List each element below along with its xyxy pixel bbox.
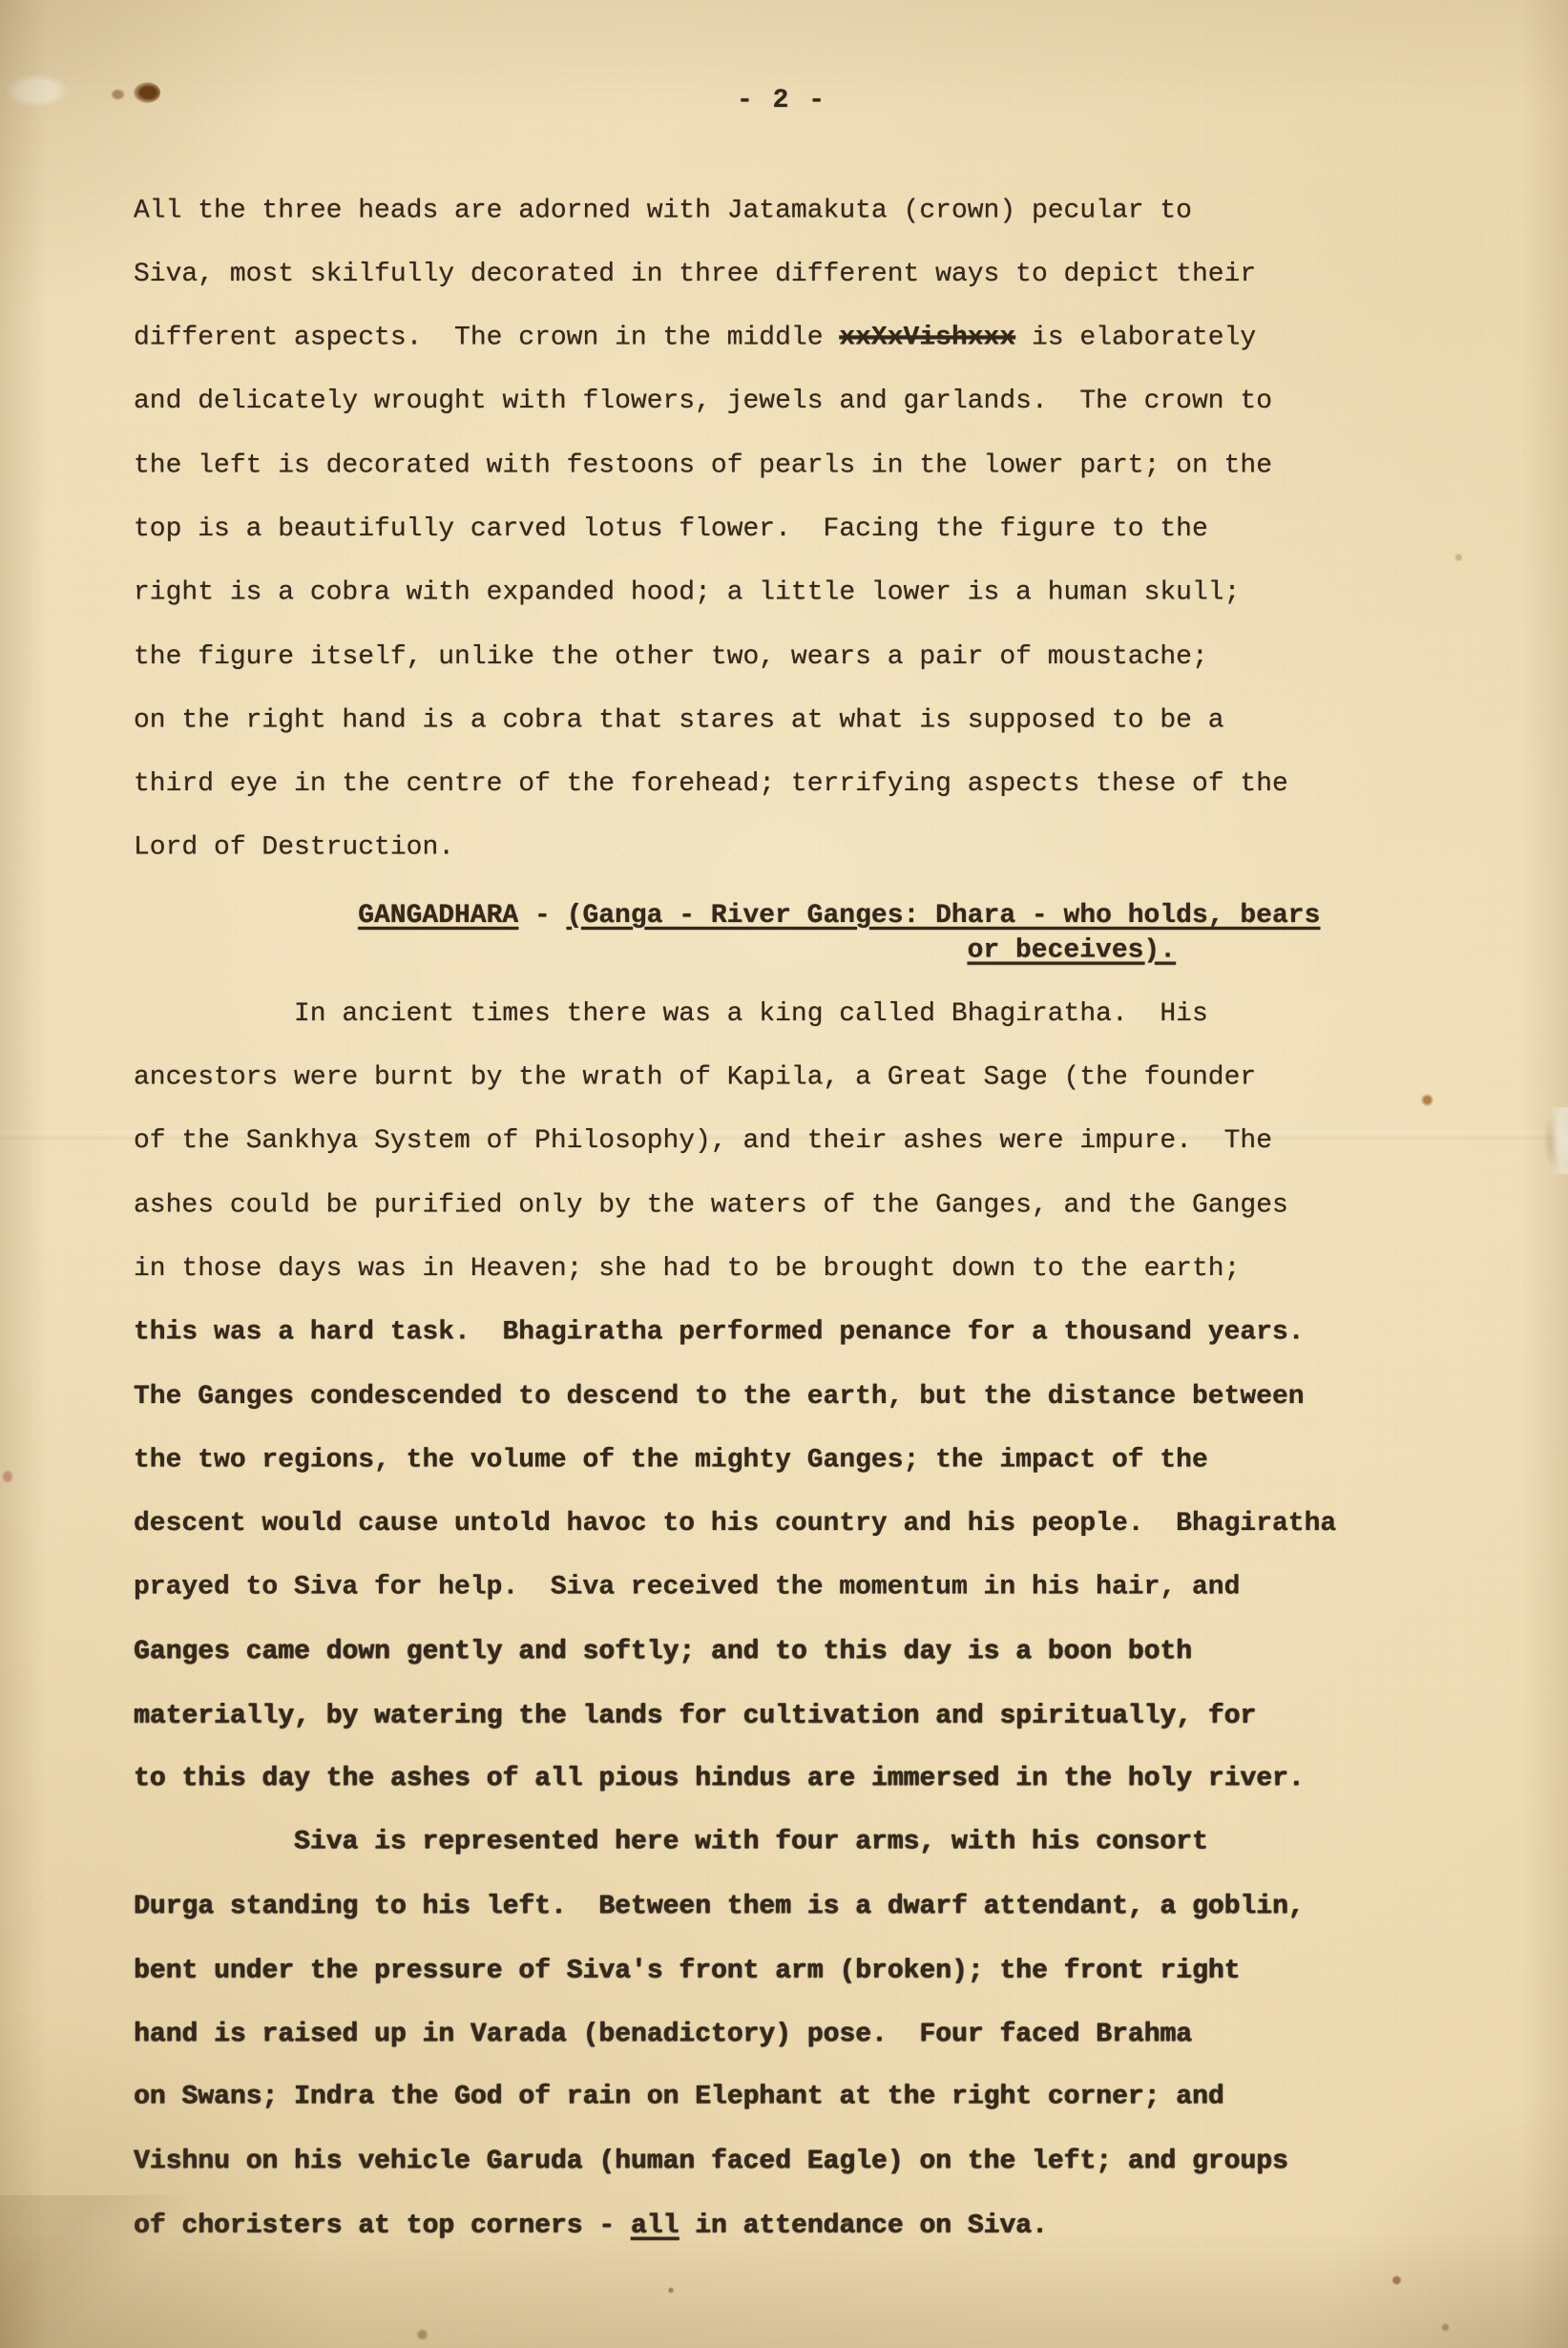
text-line: on the right hand is a cobra that stares…: [134, 705, 1224, 738]
text-segment: in attendance on Siva.: [679, 2212, 1047, 2241]
text-line: to this day the ashes of all pious hindu…: [134, 1763, 1305, 1795]
text-line: hand is raised up in Varada (benadictory…: [134, 2019, 1192, 2051]
text-segment: on Swans; Indra the God of rain on Eleph…: [134, 2083, 1224, 2112]
text-line: third eye in the centre of the forehead;…: [134, 768, 1288, 801]
text-line: of choristers at top corners - all in at…: [134, 2211, 1048, 2243]
text-line: Siva, most skilfully decorated in three …: [134, 259, 1256, 291]
text-line: All the three heads are adorned with Jat…: [134, 196, 1192, 228]
text-line: materially, by watering the lands for cu…: [134, 1700, 1256, 1732]
text-line: the figure itself, unlike the other two,…: [134, 641, 1208, 674]
text-segment: top is a beautifully carved lotus flower…: [134, 514, 1208, 544]
underlined-text: (Ganga - River Ganges: Dhara - who holds…: [567, 901, 1321, 931]
text-segment: of choristers at top corners -: [134, 2212, 631, 2241]
text-segment: Siva is represented here with four arms,…: [294, 1828, 1208, 1857]
text-segment: materially, by watering the lands for cu…: [134, 1701, 1256, 1730]
text-segment: Durga standing to his left. Between them…: [134, 1892, 1305, 1921]
underlined-text: or beceives).: [968, 935, 1176, 965]
text-line: and delicately wrought with flowers, jew…: [134, 386, 1272, 418]
text-segment: third eye in the centre of the forehead;…: [134, 769, 1288, 799]
text-line: ashes could be purified only by the wate…: [134, 1190, 1288, 1223]
text-segment: ancestors were burnt by the wrath of Kap…: [134, 1062, 1256, 1092]
text-line: Ganges came down gently and softly; and …: [134, 1636, 1192, 1668]
text-segment: Vishnu on his vehicle Garuda (human face…: [134, 2147, 1288, 2176]
text-segment: ashes could be purified only by the wate…: [134, 1191, 1288, 1221]
section-heading-line: GANGADHARA - (Ganga - River Ganges: Dhar…: [358, 900, 1320, 933]
text-line: Siva is represented here with four arms,…: [294, 1827, 1208, 1859]
struck-out-text: xxXxVishxxx: [839, 323, 1015, 352]
text-line: on Swans; Indra the God of rain on Eleph…: [134, 2082, 1224, 2114]
text-segment: the figure itself, unlike the other two,…: [134, 642, 1208, 672]
text-line: right is a cobra with expanded hood; a l…: [134, 577, 1240, 609]
text-segment: descent would cause untold havoc to his …: [134, 1509, 1336, 1539]
text-line: ancestors were burnt by the wrath of Kap…: [134, 1061, 1256, 1094]
text-segment: of the Sankhya System of Philosophy), an…: [134, 1126, 1272, 1156]
text-segment: All the three heads are adorned with Jat…: [134, 197, 1192, 226]
typed-text-block: All the three heads are adorned with Jat…: [0, 0, 1568, 2348]
text-segment: the left is decorated with festoons of p…: [134, 451, 1272, 481]
text-segment: on the right hand is a cobra that stares…: [134, 706, 1224, 736]
text-segment: to this day the ashes of all pious hindu…: [134, 1764, 1305, 1793]
text-line: different aspects. The crown in the midd…: [134, 322, 1256, 354]
text-segment: prayed to Siva for help. Siva received t…: [134, 1572, 1240, 1602]
text-line: Lord of Destruction.: [134, 831, 454, 864]
text-line: bent under the pressure of Siva's front …: [134, 1955, 1240, 1987]
text-segment: and delicately wrought with flowers, jew…: [134, 387, 1272, 416]
text-segment: Lord of Destruction.: [134, 832, 454, 862]
text-line: of the Sankhya System of Philosophy), an…: [134, 1125, 1272, 1158]
text-line: Durga standing to his left. Between them…: [134, 1891, 1305, 1923]
text-segment: the two regions, the volume of the might…: [134, 1446, 1208, 1476]
text-segment: is elaborately: [1015, 323, 1256, 352]
text-segment: this was a hard task. Bhagiratha perform…: [134, 1317, 1305, 1347]
text-line: the left is decorated with festoons of p…: [134, 451, 1272, 483]
text-line: Vishnu on his vehicle Garuda (human face…: [134, 2146, 1288, 2178]
text-segment: -: [518, 901, 566, 931]
text-segment: In ancient times there was a king called…: [294, 999, 1208, 1029]
underlined-text: GANGADHARA: [358, 901, 518, 931]
text-line: prayed to Siva for help. Siva received t…: [134, 1571, 1240, 1604]
text-line: In ancient times there was a king called…: [294, 998, 1208, 1031]
text-segment: different aspects. The crown in the midd…: [134, 323, 839, 352]
text-line: in those days was in Heaven; she had to …: [134, 1253, 1240, 1286]
text-line: The Ganges condescended to descend to th…: [134, 1381, 1305, 1414]
section-heading-line: or beceives).: [968, 934, 1176, 967]
underlined-text: all: [631, 2212, 679, 2241]
text-segment: The Ganges condescended to descend to th…: [134, 1382, 1305, 1412]
text-segment: Siva, most skilfully decorated in three …: [134, 260, 1256, 289]
text-segment: hand is raised up in Varada (benadictory…: [134, 2020, 1192, 2049]
text-segment: in those days was in Heaven; she had to …: [134, 1254, 1240, 1284]
scanned-page: { "document": { "page_number": "- 2 -", …: [0, 0, 1568, 2348]
text-segment: right is a cobra with expanded hood; a l…: [134, 577, 1240, 607]
text-line: this was a hard task. Bhagiratha perform…: [134, 1316, 1305, 1349]
text-segment: Ganges came down gently and softly; and …: [134, 1637, 1192, 1667]
text-line: the two regions, the volume of the might…: [134, 1445, 1208, 1478]
text-line: top is a beautifully carved lotus flower…: [134, 514, 1208, 546]
text-segment: bent under the pressure of Siva's front …: [134, 1956, 1240, 1985]
text-line: descent would cause untold havoc to his …: [134, 1508, 1336, 1541]
